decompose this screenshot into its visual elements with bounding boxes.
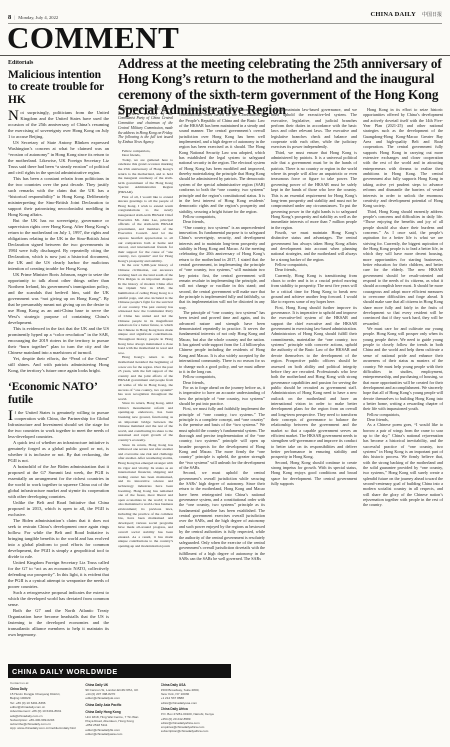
brand-name-chinese: 中国日报: [422, 13, 442, 18]
paragraph: must maintain law-based governance, and …: [271, 107, 357, 150]
paragraph: Second, we must uphold the central gover…: [179, 470, 265, 561]
paragraph: Since its return, Hong Kong, amid China’…: [118, 401, 173, 442]
main-article-column-1: Editor’s Note: President Xi Jinping, als…: [118, 107, 173, 660]
paragraph: This has been a constant refrain from po…: [8, 176, 109, 218]
contact-column-uk-hk: China Daily UK 90 Cannon St, London EC4N…: [85, 681, 153, 737]
editorial-2-body: If the United States is genuinely willin…: [8, 410, 109, 638]
paragraph: In the over 5,000-year history of Chines…: [118, 263, 173, 355]
paragraph: Unlike the Belt and Road Initiative that…: [8, 500, 109, 518]
main-article-column-2: ey. Over the past 25 years, Hong Kong’s …: [179, 107, 265, 747]
contact-lines-uk: 90 Cannon St, London EC4N 6HA, UK+44 (0)…: [85, 688, 153, 701]
paragraph: Hong Kong’s return to the motherland her…: [118, 355, 173, 401]
paragraph: A quick test of whether an infrastructur…: [8, 440, 109, 464]
paragraph: ey. Over the past 25 years, Hong Kong’s …: [179, 107, 265, 214]
worldwide-contacts: Contact us at: China Daily 15 Huixin Don…: [8, 678, 231, 737]
worldwide-title: CHINA DAILY WORLDWIDE: [8, 664, 231, 678]
contact-lines-africa: P.O. Box 27281-00100, Nairobi, Kenya+254…: [161, 712, 229, 733]
paragraph: Such a retrogressive proposal indicates …: [8, 590, 109, 608]
paragraph: United Kingdom Foreign Secretary Liz Tru…: [8, 560, 109, 590]
main-article-column-4: Hong Kong in its effort to seize histori…: [363, 107, 443, 747]
paragraph: The principle of “one country, two syste…: [179, 310, 265, 374]
paragraph: editor@chinadailyasia.com: [85, 732, 153, 736]
paragraph: editor@chinadailyuk.com: [85, 696, 153, 700]
paragraph: Third, we must ensure that Hong Kong is …: [271, 150, 357, 230]
paragraph: The Biden administration’s claim that it…: [8, 518, 109, 560]
contact-lines-hong-kong: Unit 1818, Hing Wai Centre, 7 Tin WanPra…: [85, 715, 153, 736]
contact-label: Contact us at:: [10, 681, 78, 685]
paragraph: First, Hong Kong should further improve …: [271, 305, 357, 460]
contact-heading-beijing: China Daily: [10, 687, 78, 691]
contact-column-usa-africa: China Daily USA 1500 Broadway, Suite 280…: [161, 681, 229, 737]
paragraph: If the United States is genuinely willin…: [8, 410, 109, 440]
brand-name: CHINA DAILY: [370, 11, 416, 18]
paragraph: Third, Hong Kong should earnestly addres…: [363, 209, 443, 327]
paragraph: US Secretary of State Antony Blinken exp…: [8, 140, 109, 176]
paragraph: First of all, I would like to extend sin…: [118, 195, 173, 264]
paragraph: Yet, despite their efforts, the “Pearl o…: [8, 356, 109, 374]
paragraph: We must care for and cultivate our young…: [363, 326, 443, 412]
paragraph: Both the G7 and the North Atlantic Treat…: [8, 608, 109, 638]
paragraph: Not surprisingly, politicians from the U…: [8, 110, 109, 140]
paragraph: But the UK has no sovereignty, governanc…: [8, 218, 109, 272]
paragraph: Today, we are gathered here to celebrate…: [118, 158, 173, 195]
section-title: COMMENT: [7, 20, 179, 56]
paragraph: App: www.chinadaily.com.cn/mobile/cndail…: [10, 726, 78, 730]
paragraph: Since its return, Hong Kong has withstoo…: [118, 443, 173, 549]
paragraph: UK Prime Minister Boris Johnson, eager t…: [8, 272, 109, 326]
paragraph: Currently, Hong Kong is transitioning fr…: [271, 273, 357, 305]
editorials-label: Editorials: [8, 60, 109, 66]
main-article-column-3: must maintain law-based governance, and …: [271, 107, 357, 747]
contact-column-beijing: Contact us at: China Daily 15 Huixin Don…: [10, 681, 78, 737]
contact-lines-beijing: 15 Huixin Dongjie Chaoyang District,Beij…: [10, 692, 78, 731]
paragraph: For us to forge ahead on the journey bef…: [179, 385, 265, 406]
paragraph: “One country, two systems” is an unprece…: [179, 225, 265, 311]
masthead-brand: CHINA DAILY 中国日报: [370, 3, 442, 21]
editorial-2-headline: ‘Economic NATO’ futile: [8, 381, 109, 406]
contact-heading-asia-pacific: China Daily Asia Pacific: [85, 703, 153, 707]
paragraph: Fourth, we must maintain Hong Kong’s dis…: [271, 230, 357, 262]
contact-heading-hong-kong: China Daily Hong Kong: [85, 710, 153, 714]
editorial-1-body: Not surprisingly, politicians from the U…: [8, 110, 109, 374]
paragraph: This is evidenced in the fact that the U…: [8, 326, 109, 356]
editor-note: Editor’s Note: President Xi Jinping, als…: [118, 107, 173, 145]
paragraph: subscription@chinadailyafrica.com: [161, 729, 229, 733]
paragraph: A brainchild of the Joe Biden administra…: [8, 464, 109, 500]
paragraph: Hong Kong in its effort to seize histori…: [363, 107, 443, 209]
paragraph: First, we must fully and faithfully impl…: [179, 406, 265, 470]
paragraph: editor@chinadailyusa.com: [161, 701, 229, 705]
contact-heading-africa: China Daily Africa: [161, 707, 229, 711]
column-1-text: Fellow compatriots,Dear friends,Today, w…: [118, 149, 173, 549]
contact-lines-usa: 1500 Broadway, Suite 2800,New York, NY 1…: [161, 688, 229, 705]
worldwide-box: CHINA DAILY WORLDWIDE Contact us at: Chi…: [8, 664, 231, 742]
editorials-column: Editorials Malicious intention to create…: [8, 60, 109, 660]
paragraph: Second, Hong Kong should continue to cre…: [271, 460, 357, 487]
paragraph: As a Chinese poem goes, “I would like to…: [363, 422, 443, 508]
contact-heading-uk: China Daily UK: [85, 683, 153, 687]
newspaper-page: 8 | Monday, July 4, 2022 CHINA DAILY 中国日…: [0, 0, 450, 747]
contact-heading-usa: China Daily USA: [161, 683, 229, 687]
editorial-1-headline: Malicious intention to create trouble fo…: [8, 69, 109, 106]
